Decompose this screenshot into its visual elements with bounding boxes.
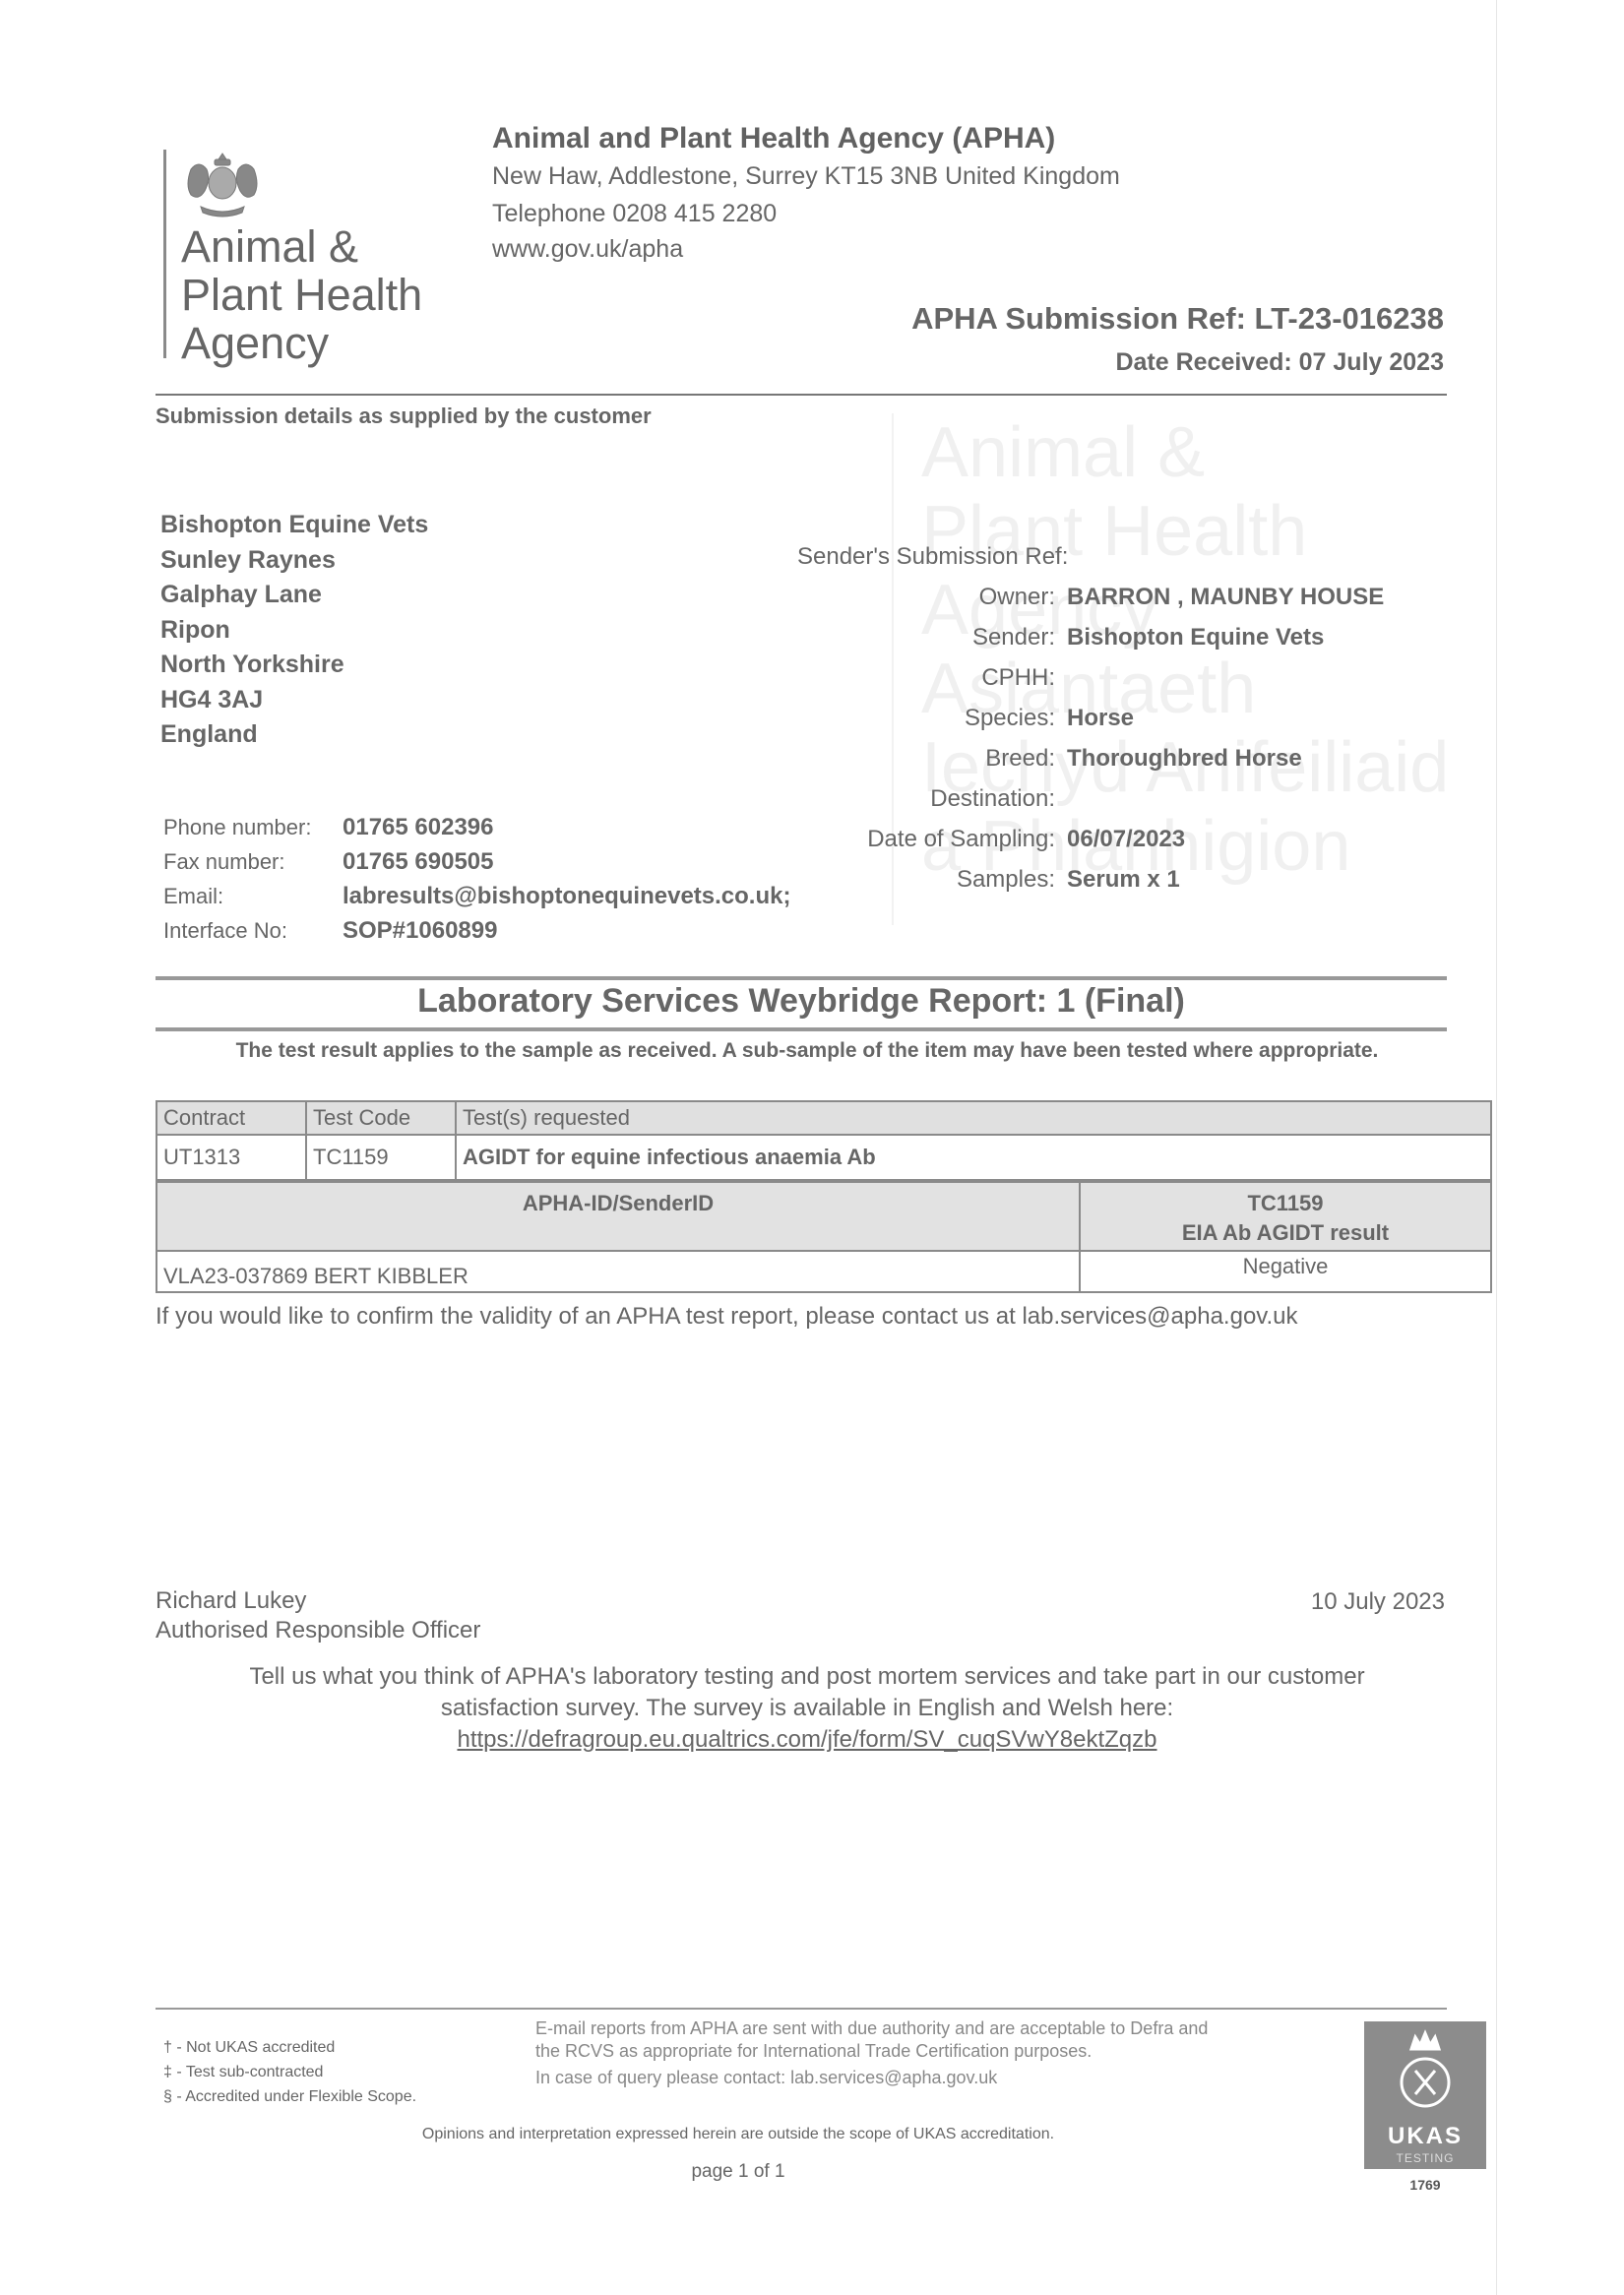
results-table: APHA-ID/SenderID TC1159 EIA Ab AGIDT res… <box>156 1181 1492 1293</box>
survey-link[interactable]: https://defragroup.eu.qualtrics.com/jfe/… <box>457 1726 1156 1753</box>
column-header: APHA-ID/SenderID <box>156 1182 1080 1251</box>
contact-email[interactable]: labresults@bishoptonequinevets.co.uk; <box>343 883 790 910</box>
ukas-number: 1769 <box>1364 2177 1486 2193</box>
report-note: The test result applies to the sample as… <box>197 1035 1417 1066</box>
signer-name: Richard Lukey <box>156 1586 480 1616</box>
contact-value: SOP#1060899 <box>343 917 497 945</box>
column-header: Test(s) requested <box>456 1101 1491 1135</box>
table-cell: VLA23-037869 BERT KIBBLER <box>156 1251 1080 1292</box>
detail-row: Sender's Submission Ref: <box>748 543 1457 584</box>
detail-value: BARRON , MAUNBY HOUSE <box>1067 584 1384 611</box>
submission-ref: APHA Submission Ref: LT-23-016238 <box>911 301 1444 337</box>
detail-row: CPHH: <box>748 664 1457 705</box>
ukas-crown-icon <box>1364 2021 1486 2120</box>
detail-label: Samples: <box>748 866 1067 894</box>
logo-line: Plant Health <box>181 271 422 319</box>
table-header-row: Contract Test Code Test(s) requested <box>156 1101 1491 1135</box>
royal-coat-of-arms-icon <box>181 150 264 220</box>
customer-address: Bishopton Equine Vets Sunley Raynes Galp… <box>160 508 428 753</box>
divider <box>156 394 1447 396</box>
contact-details: Phone number:01765 602396 Fax number:017… <box>163 814 790 952</box>
contact-row-fax: Fax number:01765 690505 <box>163 848 790 883</box>
detail-label: Breed: <box>748 745 1067 773</box>
address-line: Ripon <box>160 613 428 649</box>
address-line: Bishopton Equine Vets <box>160 508 428 543</box>
detail-label: Owner: <box>748 584 1067 611</box>
section-title: Submission details as supplied by the cu… <box>156 403 652 429</box>
page-edge <box>1496 0 1497 2295</box>
signature-date: 10 July 2023 <box>1311 1588 1445 1616</box>
detail-value: Serum x 1 <box>1067 866 1180 894</box>
detail-row: Destination: <box>748 785 1457 826</box>
contact-value: 01765 602396 <box>343 814 494 841</box>
contact-label: Phone number: <box>163 815 343 840</box>
contact-value: 01765 690505 <box>343 848 494 876</box>
submission-details: Sender's Submission Ref: Owner:BARRON , … <box>748 543 1457 906</box>
table-cell: AGIDT for equine infectious anaemia Ab <box>456 1135 1491 1180</box>
column-header: Contract <box>156 1101 306 1135</box>
email-note-text: E-mail reports from APHA are sent with d… <box>535 2018 1208 2061</box>
detail-value: Horse <box>1067 705 1134 732</box>
survey-note: Tell us what you think of APHA's laborat… <box>157 1661 1457 1756</box>
detail-label: Sender's Submission Ref: <box>748 543 1080 571</box>
contact-row-interface: Interface No:SOP#1060899 <box>163 917 790 952</box>
detail-row: Sender:Bishopton Equine Vets <box>748 624 1457 664</box>
address-line: HG4 3AJ <box>160 683 428 718</box>
agency-logo-text: Animal & Plant Health Agency <box>181 222 422 367</box>
result-header: EIA Ab AGIDT result <box>1087 1218 1484 1248</box>
detail-label: Destination: <box>748 785 1067 813</box>
column-header: Test Code <box>306 1101 456 1135</box>
detail-value: 06/07/2023 <box>1067 826 1185 853</box>
result-value: Negative <box>1080 1251 1491 1292</box>
detail-value: Bishopton Equine Vets <box>1067 624 1324 651</box>
detail-label: Date of Sampling: <box>748 826 1067 853</box>
report-title: Laboratory Services Weybridge Report: 1 … <box>157 982 1445 1021</box>
detail-row: Species:Horse <box>748 705 1457 745</box>
survey-line: Tell us what you think of APHA's laborat… <box>157 1661 1457 1693</box>
detail-row: Samples:Serum x 1 <box>748 866 1457 906</box>
survey-line: satisfaction survey. The survey is avail… <box>157 1693 1457 1724</box>
column-header: TC1159 EIA Ab AGIDT result <box>1080 1182 1491 1251</box>
agency-website[interactable]: www.gov.uk/apha <box>492 235 683 264</box>
agency-telephone: Telephone 0208 415 2280 <box>492 200 777 228</box>
ukas-testing: TESTING <box>1364 2151 1486 2165</box>
legend-item: † - Not UKAS accredited <box>163 2035 416 2060</box>
detail-row: Owner:BARRON , MAUNBY HOUSE <box>748 584 1457 624</box>
agency-address: New Haw, Addlestone, Surrey KT15 3NB Uni… <box>492 162 1120 191</box>
tests-table: Contract Test Code Test(s) requested UT1… <box>156 1100 1492 1181</box>
contact-label: Email: <box>163 884 343 909</box>
accreditation-legend: † - Not UKAS accredited ‡ - Test sub-con… <box>163 2035 416 2109</box>
table-cell: TC1159 <box>306 1135 456 1180</box>
logo-bar <box>163 150 166 358</box>
email-note: E-mail reports from APHA are sent with d… <box>535 2017 1224 2089</box>
table-cell: UT1313 <box>156 1135 306 1180</box>
table-header-row: APHA-ID/SenderID TC1159 EIA Ab AGIDT res… <box>156 1182 1491 1251</box>
ukas-logo: UKAS TESTING <box>1364 2021 1486 2169</box>
detail-label: Sender: <box>748 624 1067 651</box>
address-line: Galphay Lane <box>160 578 428 613</box>
detail-label: Species: <box>748 705 1067 732</box>
detail-row: Date of Sampling:06/07/2023 <box>748 826 1457 866</box>
opinions-note: Opinions and interpretation expressed he… <box>295 2126 1181 2143</box>
detail-label: CPHH: <box>748 664 1067 692</box>
detail-row: Breed:Thoroughbred Horse <box>748 745 1457 785</box>
address-line: North Yorkshire <box>160 648 428 683</box>
divider <box>156 1027 1447 1031</box>
legend-item: § - Accredited under Flexible Scope. <box>163 2084 416 2109</box>
test-code-header: TC1159 <box>1087 1189 1484 1218</box>
signer-role: Authorised Responsible Officer <box>156 1616 480 1645</box>
table-row: UT1313 TC1159 AGIDT for equine infectiou… <box>156 1135 1491 1180</box>
page-number: page 1 of 1 <box>591 2161 886 2183</box>
validity-note: If you would like to confirm the validit… <box>156 1303 1298 1331</box>
divider <box>156 976 1447 980</box>
query-note: In case of query please contact: lab.ser… <box>535 2067 1224 2089</box>
footer-divider <box>156 2008 1447 2010</box>
logo-line: Animal & <box>181 222 422 271</box>
legend-item: ‡ - Test sub-contracted <box>163 2060 416 2084</box>
contact-row-email: Email:labresults@bishoptonequinevets.co.… <box>163 883 790 917</box>
contact-label: Fax number: <box>163 849 343 875</box>
contact-label: Interface No: <box>163 918 343 944</box>
address-line: Sunley Raynes <box>160 543 428 579</box>
logo-line: Agency <box>181 319 422 367</box>
date-received: Date Received: 07 July 2023 <box>1115 348 1444 377</box>
table-row: VLA23-037869 BERT KIBBLER Negative <box>156 1251 1491 1292</box>
detail-value: Thoroughbred Horse <box>1067 745 1302 773</box>
ukas-word: UKAS <box>1364 2123 1486 2150</box>
agency-name: Animal and Plant Health Agency (APHA) <box>492 122 1055 155</box>
watermark-line: Animal & <box>921 413 1449 492</box>
signer: Richard Lukey Authorised Responsible Off… <box>156 1586 480 1645</box>
contact-row-phone: Phone number:01765 602396 <box>163 814 790 848</box>
address-line: England <box>160 717 428 753</box>
